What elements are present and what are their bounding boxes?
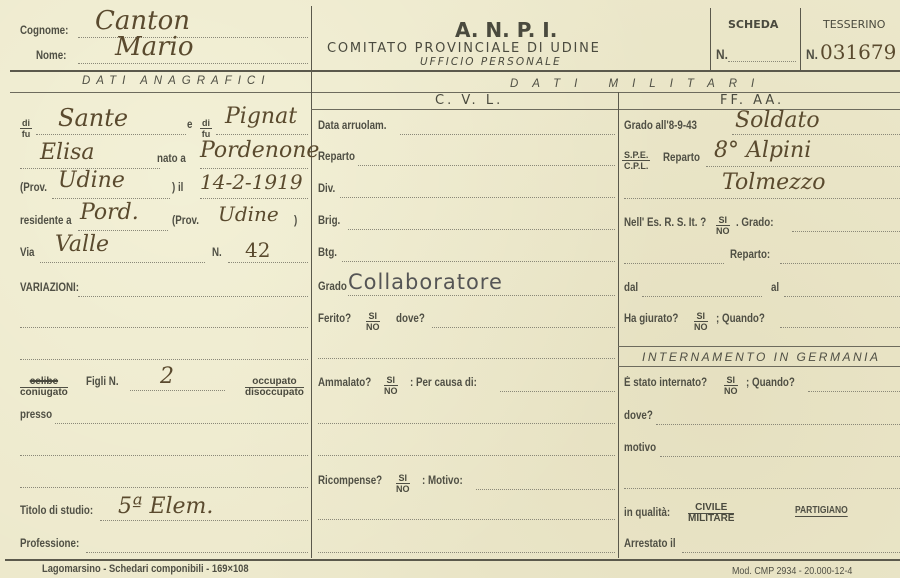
birth-province: Udine — [58, 168, 125, 193]
cvl-grado-value: Collaboratore — [348, 270, 503, 294]
tesserino-value: 031679 — [820, 40, 896, 64]
per-causa-label: : Per causa di: — [410, 377, 477, 389]
motivo-label: : Motivo: — [422, 475, 463, 487]
section-ffaa: FF. AA. — [720, 93, 784, 108]
internato-label: È stato internato? — [624, 377, 707, 389]
tesserino-n-label: N. — [806, 46, 818, 62]
cognome-label: Cognome: — [20, 25, 68, 37]
di-fu-selector: difu — [20, 118, 32, 139]
rsi-reparto-label: Reparto: — [730, 249, 770, 261]
res-province: Udine — [218, 202, 279, 226]
mother-surname: Pignat — [225, 104, 297, 129]
civile-militare-selector: CIVILEMILITARE — [688, 503, 734, 524]
rsi-label: Nell' Es. R. S. It. ? — [624, 217, 706, 229]
ffaa-reparto-value-2: Tolmezzo — [722, 170, 826, 195]
giurato-quando-label: ; Quando? — [716, 313, 765, 325]
data-arruolam-label: Data arruolam. — [318, 120, 386, 132]
org-title: A. N. P. I. — [455, 18, 557, 42]
ffaa-grado-value: Soldato — [735, 108, 820, 133]
father-name: Sante — [58, 104, 128, 132]
footer-printer: Lagomarsino - Schedari componibili - 169… — [42, 563, 249, 575]
birth-date: 14-2-1919 — [200, 170, 303, 194]
variazioni-label: VARIAZIONI: — [20, 282, 79, 294]
rsi-si-no: SINO — [716, 215, 730, 236]
nome-value: Mario — [115, 32, 194, 62]
nome-label: Nome: — [36, 50, 66, 62]
titolo-studio-value: 5ª Elem. — [118, 494, 213, 519]
e-label: e — [187, 119, 192, 131]
professione-label: Professione: — [20, 538, 79, 550]
scheda-number-field — [728, 61, 796, 62]
birthplace: Pordenone — [200, 138, 319, 163]
scheda-n-label: N. — [716, 46, 728, 62]
professione-field — [86, 552, 308, 553]
figli-label: Figli N. — [86, 376, 119, 388]
employment-selector: occupatodisoccupato — [245, 377, 304, 398]
cvl-reparto-label: Reparto — [318, 151, 355, 163]
number-label: N. — [212, 247, 222, 259]
il-label: ) il — [172, 182, 183, 194]
ffaa-reparto-value-1: 8° Alpini — [714, 138, 811, 163]
via-label: Via — [20, 247, 35, 259]
res-prov-label: (Prov. — [172, 215, 199, 227]
ffaa-grado-label: Grado all'8-9-43 — [624, 120, 697, 132]
marital-status-selector: celibeconiugato — [20, 377, 68, 398]
res-prov-close: ) — [294, 215, 297, 227]
via-value: Valle — [55, 232, 109, 257]
ricompense-label: Ricompense? — [318, 475, 382, 487]
ammalato-si-no: SINO — [384, 375, 398, 396]
ferito-label: Ferito? — [318, 313, 351, 325]
ricompense-si-no: SINO — [396, 473, 410, 494]
brig-label: Brig. — [318, 215, 340, 227]
ferito-si-no: SINO — [366, 311, 380, 332]
div-label: Div. — [318, 183, 335, 195]
al-label: al — [771, 282, 779, 294]
mother-di-fu-selector: difu — [200, 118, 212, 139]
giurato-si-no: SINO — [694, 311, 708, 332]
spe-cpl-selector: S.P.E.C.P.L. — [622, 150, 650, 171]
section-cvl: C. V. L. — [435, 93, 503, 108]
children-count: 2 — [160, 364, 174, 389]
section-internamento: INTERNAMENTO IN GERMANIA — [642, 350, 880, 364]
btg-label: Btg. — [318, 247, 337, 259]
internato-si-no: SINO — [724, 375, 738, 396]
arrestato-label: Arrestato il — [624, 538, 676, 550]
presso-label: presso — [20, 409, 52, 421]
tesserino-label: TESSERINO — [823, 18, 885, 31]
arrestato-field — [682, 552, 900, 553]
rsi-grado-label: . Grado: — [736, 217, 773, 229]
section-dati-militari: DATI MILITARI — [510, 78, 768, 90]
dal-label: dal — [624, 282, 638, 294]
residence: Pord. — [80, 200, 139, 225]
scheda-label: SCHEDA — [728, 18, 778, 31]
mother-first-name: Elisa — [40, 140, 95, 165]
giurato-label: Ha giurato? — [624, 313, 678, 325]
residente-label: residente a — [20, 215, 72, 227]
org-subtitle: COMITATO PROVINCIALE DI UDINE — [327, 41, 601, 56]
org-office: UFFICIO PERSONALE — [420, 56, 562, 68]
cvl-grado-label: Grado — [318, 281, 347, 293]
ammalato-label: Ammalato? — [318, 377, 371, 389]
ffaa-reparto-label: Reparto — [663, 152, 700, 164]
house-number: 42 — [245, 238, 270, 262]
section-dati-anagrafici: DATI ANAGRAFICI — [82, 75, 270, 87]
nato-label: nato a — [157, 153, 186, 165]
internamento-dove-label: dove? — [624, 410, 653, 422]
anpi-personnel-card: Cognome: Canton Nome: Mario A. N. P. I. … — [0, 0, 900, 578]
dove-label: dove? — [396, 313, 425, 325]
partigiano-option: PARTIGIANO — [795, 505, 848, 517]
birth-prov-label: (Prov. — [20, 182, 47, 194]
internato-quando-label: ; Quando? — [746, 377, 795, 389]
footer-model: Mod. CMP 2934 - 20.000-12-4 — [732, 565, 852, 577]
qualita-label: in qualità: — [624, 507, 670, 519]
internamento-motivo-label: motivo — [624, 442, 656, 454]
titolo-studio-label: Titolo di studio: — [20, 505, 93, 517]
